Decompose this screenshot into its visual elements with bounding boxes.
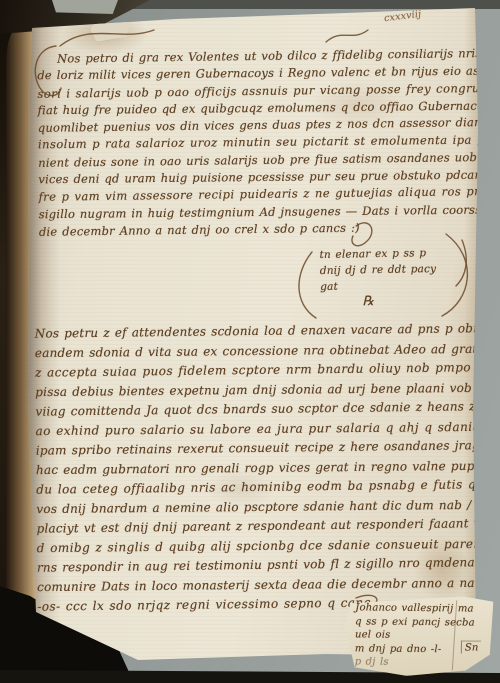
registry-entry-1: Nos petro di gra rex Volentes ut vob dil… (37, 46, 471, 241)
slip-line: q ss p exi pancj secba (355, 615, 475, 630)
manuscript-page: cxxxviij Nos petro di gra rex Volentes u… (26, 8, 478, 660)
slip-text: Johanco vallespirij ma q ss p exi pancj … (355, 601, 475, 670)
chancery-left-bracket-icon (299, 252, 316, 318)
chancery-note: tn elenar ex p ss p dnij dj d re ddt pac… (319, 245, 436, 311)
registry-entry-2: Nos petru z ef attendentes scdonia loa d… (35, 320, 472, 617)
gray-tab-fragment (52, 0, 118, 14)
registration-sign: ℞ (320, 293, 437, 311)
photo-stage: cxxxviij Nos petro di gra rex Volentes u… (0, 0, 500, 683)
chancery-line: dnij dj d re ddt pacy (320, 261, 437, 279)
ascender-flourish-icon (326, 30, 368, 42)
slip-line: uel ois (355, 628, 475, 643)
slip-side-note: Sn (461, 640, 481, 653)
attached-slip: Johanco vallespirij ma q ss p exi pancj … (345, 595, 494, 677)
folio-number: cxxxviij (383, 9, 421, 24)
slip-line: m dnj pa dno -l- (355, 642, 475, 657)
slip-line: p dj ls (355, 655, 475, 670)
slip-line: Johanco vallespirij ma (355, 601, 475, 616)
